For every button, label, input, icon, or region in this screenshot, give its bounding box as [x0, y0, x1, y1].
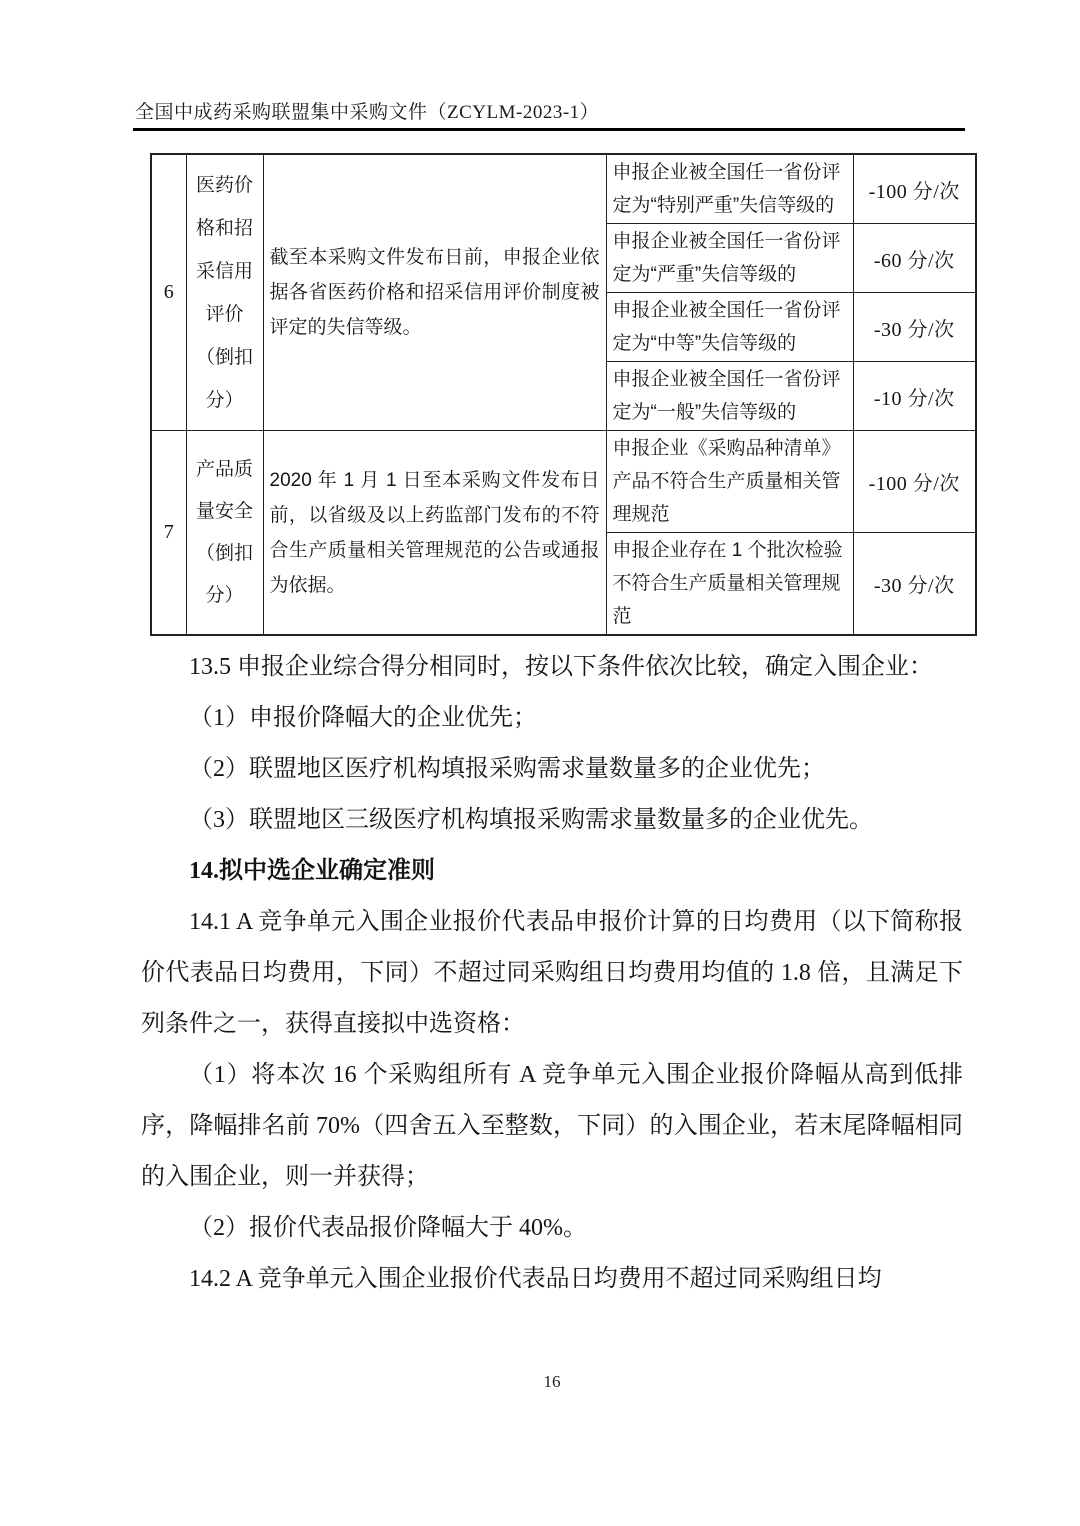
basis-cell: 截至本采购文件发布日前，申报企业依据各省医药价格和招采信用评价制度被评定的失信等… — [263, 154, 606, 431]
paragraph-13-5-item-2: （2）联盟地区医疗机构填报采购需求量数量多的企业优先； — [141, 744, 963, 795]
row-number-cell: 6 — [151, 154, 186, 431]
score-cell: -100 分/次 — [853, 154, 976, 224]
basis-cell: 2020 年 1 月 1 日至本采购文件发布日前，以省级及以上药监部门发布的不符… — [263, 431, 606, 636]
scoring-table: 6 医药价格和招采信用评价（倒扣分） 截至本采购文件发布日前，申报企业依据各省医… — [150, 153, 977, 636]
score-cell: -10 分/次 — [853, 362, 976, 431]
criterion-cell: 申报企业被全国任一省份评定为“中等”失信等级的 — [606, 293, 853, 362]
paragraph-13-5-item-1: （1）申报价降幅大的企业优先； — [141, 693, 963, 744]
paragraph-13-5: 13.5 申报企业综合得分相同时，按以下条件依次比较，确定入围企业： — [141, 642, 963, 693]
paragraph-14-1-item-1: （1）将本次 16 个采购组所有 A 竞争单元入围企业报价降幅从高到低排序，降幅… — [141, 1050, 963, 1203]
body-content: 13.5 申报企业综合得分相同时，按以下条件依次比较，确定入围企业： （1）申报… — [141, 642, 963, 1305]
paragraph-14-1: 14.1 A 竞争单元入围企业报价代表品申报价计算的日均费用（以下简称报价代表品… — [141, 897, 963, 1050]
heading-14: 14.拟中选企业确定准则 — [141, 846, 963, 897]
row-number-cell: 7 — [151, 431, 186, 636]
header-divider — [133, 128, 965, 131]
criterion-cell: 申报企业《采购品种清单》产品不符合生产质量相关管理规范 — [606, 431, 853, 533]
score-cell: -60 分/次 — [853, 224, 976, 293]
score-cell: -30 分/次 — [853, 293, 976, 362]
page-number: 16 — [141, 1372, 963, 1392]
paragraph-14-2: 14.2 A 竞争单元入围企业报价代表品日均费用不超过同采购组日均 — [141, 1254, 963, 1305]
criterion-cell: 申报企业被全国任一省份评定为“一般”失信等级的 — [606, 362, 853, 431]
document-header-title: 全国中成药采购联盟集中采购文件（ZCYLM-2023-1） — [135, 97, 599, 124]
paragraph-14-1-item-2: （2）报价代表品报价降幅大于 40%。 — [141, 1203, 963, 1254]
criterion-cell: 申报企业被全国任一省份评定为“特别严重”失信等级的 — [606, 154, 853, 224]
table-row: 7 产品质量安全（倒扣分） 2020 年 1 月 1 日至本采购文件发布日前，以… — [151, 431, 976, 533]
category-cell: 医药价格和招采信用评价（倒扣分） — [186, 154, 263, 431]
criterion-cell: 申报企业被全国任一省份评定为“严重”失信等级的 — [606, 224, 853, 293]
score-cell: -100 分/次 — [853, 431, 976, 533]
score-cell: -30 分/次 — [853, 533, 976, 636]
table-row: 6 医药价格和招采信用评价（倒扣分） 截至本采购文件发布日前，申报企业依据各省医… — [151, 154, 976, 224]
category-cell: 产品质量安全（倒扣分） — [186, 431, 263, 636]
criterion-cell: 申报企业存在 1 个批次检验不符合生产质量相关管理规范 — [606, 533, 853, 636]
paragraph-13-5-item-3: （3）联盟地区三级医疗机构填报采购需求量数量多的企业优先。 — [141, 795, 963, 846]
